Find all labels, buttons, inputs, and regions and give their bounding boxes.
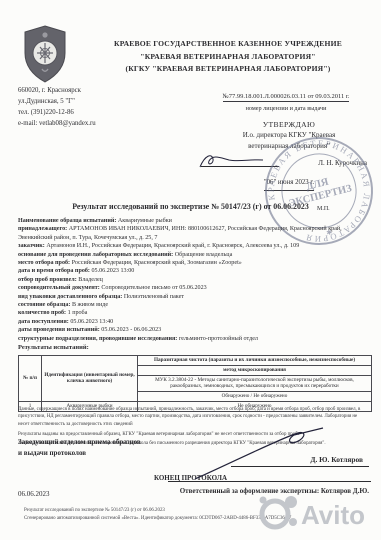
table-header-num: № п/п xyxy=(19,356,42,402)
field-label: принадлежащего: xyxy=(18,226,67,232)
kurochkina-signature xyxy=(197,151,277,173)
address-line: 660020, г. Красноярск xyxy=(18,85,96,96)
signer-position-line1: Заведующий отделом приема образцов xyxy=(18,437,198,448)
field-label: состояние образца: xyxy=(18,302,70,308)
field-line: принадлежащего: АРТАМОНОВ ИВАН НИКОЛАЕВИ… xyxy=(18,225,372,242)
results-table: № п/п Идентификация (инвентарный номер, … xyxy=(18,355,372,412)
field-line: дата и время отбора проб: 05.06.2023 13:… xyxy=(18,267,372,275)
organization-header: КРАЕВОЕ ГОСУДАРСТВЕННОЕ КАЗЕННОЕ УЧРЕЖДЕ… xyxy=(88,38,368,76)
field-label: структурные подразделения, проводившие и… xyxy=(18,336,177,342)
issue-date: 06.06.2023 xyxy=(18,490,50,498)
approval-date-wrap: "06" июня 2023 г. xyxy=(211,177,367,190)
address-block: 660020, г. Красноярскул.Дудинская, 5 "Г"… xyxy=(18,85,96,129)
signer-position: Заведующий отделом приема образцов и выд… xyxy=(18,437,198,459)
field-line: структурные подразделения, проводившие и… xyxy=(18,335,372,343)
field-value: АРТАМОНОВ ИВАН НИКОЛАЕВИЧ, ИНН: 88010061… xyxy=(18,226,342,240)
signer-position-line2: и выдачи протоколов xyxy=(18,448,198,459)
field-label: вид упаковки доставленного образца: xyxy=(18,294,122,300)
field-value: В живом виде xyxy=(72,302,108,308)
field-value: 1 проба xyxy=(68,310,88,316)
field-label: дата поступления: xyxy=(18,319,69,325)
field-line: основание для проведения лабораторных ис… xyxy=(18,251,372,259)
field-value: Российская Федерация, Красноярский край,… xyxy=(72,260,242,266)
table-header-method: метод микроскопирования xyxy=(138,365,372,375)
approval-position-line2: ветеринарная лаборатория" xyxy=(211,141,367,152)
approval-title: УТВЕРЖДАЮ xyxy=(211,119,367,130)
field-value: Артамонов И.Н., Российская Федерация, Кр… xyxy=(46,243,299,249)
laboratory-emblem-icon xyxy=(21,25,69,83)
field-label: количество проб: xyxy=(18,310,66,316)
approval-block: УТВЕРЖДАЮ И.о. директора КГКУ "Краевая в… xyxy=(211,119,367,191)
field-label: сопроводительный документ: xyxy=(18,285,100,291)
field-line: состояние образца: В живом виде xyxy=(18,301,372,309)
field-line: заказчик: Артамонов И.Н., Российская Фед… xyxy=(18,242,372,250)
field-value: Владелец xyxy=(78,277,103,283)
table-header-standard: МУК 3.2.3804-22 - Методы санитарно-параз… xyxy=(138,375,372,392)
field-label: Наименование образца испытаний: xyxy=(18,218,116,224)
field-value: 05.06.2023 - 06.06.2023 xyxy=(101,327,161,333)
field-line: сопроводительный документ: Сопроводитель… xyxy=(18,284,372,292)
field-value: гельминто-протозойный отдел xyxy=(179,336,258,342)
org-name-line1: КРАЕВОЕ ГОСУДАРСТВЕННОЕ КАЗЕННОЕ УЧРЕЖДЕ… xyxy=(88,38,368,51)
org-name-line3: (КГКУ "КРАЕВАЯ ВЕТЕРИНАРНАЯ ЛАБОРАТОРИЯ"… xyxy=(88,63,368,76)
field-label: место отбора проб: xyxy=(18,260,70,266)
approval-date: "06" июня 2023 г. xyxy=(264,178,314,190)
approver-name: Л. Н. Курочкина xyxy=(318,158,367,169)
field-line: даты проведения испытаний: 05.06.2023 - … xyxy=(18,326,372,334)
field-label: отбор проб произвел: xyxy=(18,277,77,283)
footer-notes: Результат исследований по экспертизе № 5… xyxy=(24,507,371,522)
field-label: дата и время отбора проб: xyxy=(18,268,90,274)
approver-signature-row: Л. Н. Курочкина xyxy=(211,154,367,172)
document-fields: Наименование образца испытаний: Аквариум… xyxy=(18,217,372,353)
table-header-result-options: Обнаружено / Не обнаружено xyxy=(138,392,372,402)
results-heading: Результаты испытаний: xyxy=(18,344,372,353)
field-line: количество проб: 1 проба xyxy=(18,309,372,317)
field-label: даты проведения испытаний: xyxy=(18,327,100,333)
address-line: ул.Дудинская, 5 "Г" xyxy=(18,96,96,107)
footer-line1: Результат исследований по экспертизе № 5… xyxy=(24,507,371,515)
field-value: Обращение владельца xyxy=(175,252,233,258)
document-title: Результат исследований по экспертизе № 5… xyxy=(0,202,381,211)
license-block: №77.99.18.001.Л.000026.03.11 от 09.03.20… xyxy=(198,85,374,112)
field-value: Аквариумные рыбки xyxy=(118,218,172,224)
fields-list: Наименование образца испытаний: Аквариум… xyxy=(18,217,372,343)
field-line: отбор проб произвел: Владелец xyxy=(18,276,372,284)
field-value: Сопроводительное письмо от 05.06.2023 xyxy=(101,285,206,291)
field-label: заказчик: xyxy=(18,243,45,249)
signature-block: Заведующий отделом приема образцов и выд… xyxy=(18,437,371,473)
field-value: Полиэтиленовый пакет xyxy=(124,294,184,300)
org-name-line2: "КРАЕВАЯ ВЕТЕРИНАРНАЯ ЛАБОРАТОРИЯ" xyxy=(88,51,368,64)
table-header-identification: Идентификация (инвентарный номер, кличка… xyxy=(42,356,138,402)
license-caption: номер лицензии и дата выдачи xyxy=(198,105,374,112)
field-value: 05.06.2023 13:40 xyxy=(70,319,113,325)
field-label: основание для проведения лабораторных ис… xyxy=(18,252,173,258)
address-line: тел. (391)220-12-86 xyxy=(18,107,96,118)
field-line: дата поступления: 05.06.2023 13:40 xyxy=(18,318,372,326)
address-line: e-mail: vetlab08@yandex.ru xyxy=(18,118,96,129)
footer-line2: Сгенерировано автоматизированной системо… xyxy=(24,515,371,523)
responsible-person: Ответственный за оформление экспертизы: … xyxy=(180,487,369,495)
scanned-protocol-document: КРАЕВОЕ ГОСУДАРСТВЕННОЕ КАЗЕННОЕ УЧРЕЖДЕ… xyxy=(0,0,381,540)
field-value: 05.06.2023 13:00 xyxy=(92,268,135,274)
kotlyarov-signature xyxy=(191,425,331,481)
license-number: №77.99.18.001.Л.000026.03.11 от 09.03.20… xyxy=(223,93,350,102)
field-line: вид упаковки доставленного образца: Поли… xyxy=(18,293,372,301)
table-header-parameter: Паразитарная чистота (паразиты и их личи… xyxy=(138,356,372,366)
approval-position-line1: И.о. директора КГКУ "Краевая xyxy=(211,130,367,141)
field-line: Наименование образца испытаний: Аквариум… xyxy=(18,217,372,225)
field-line: место отбора проб: Российская Федерация,… xyxy=(18,259,372,267)
